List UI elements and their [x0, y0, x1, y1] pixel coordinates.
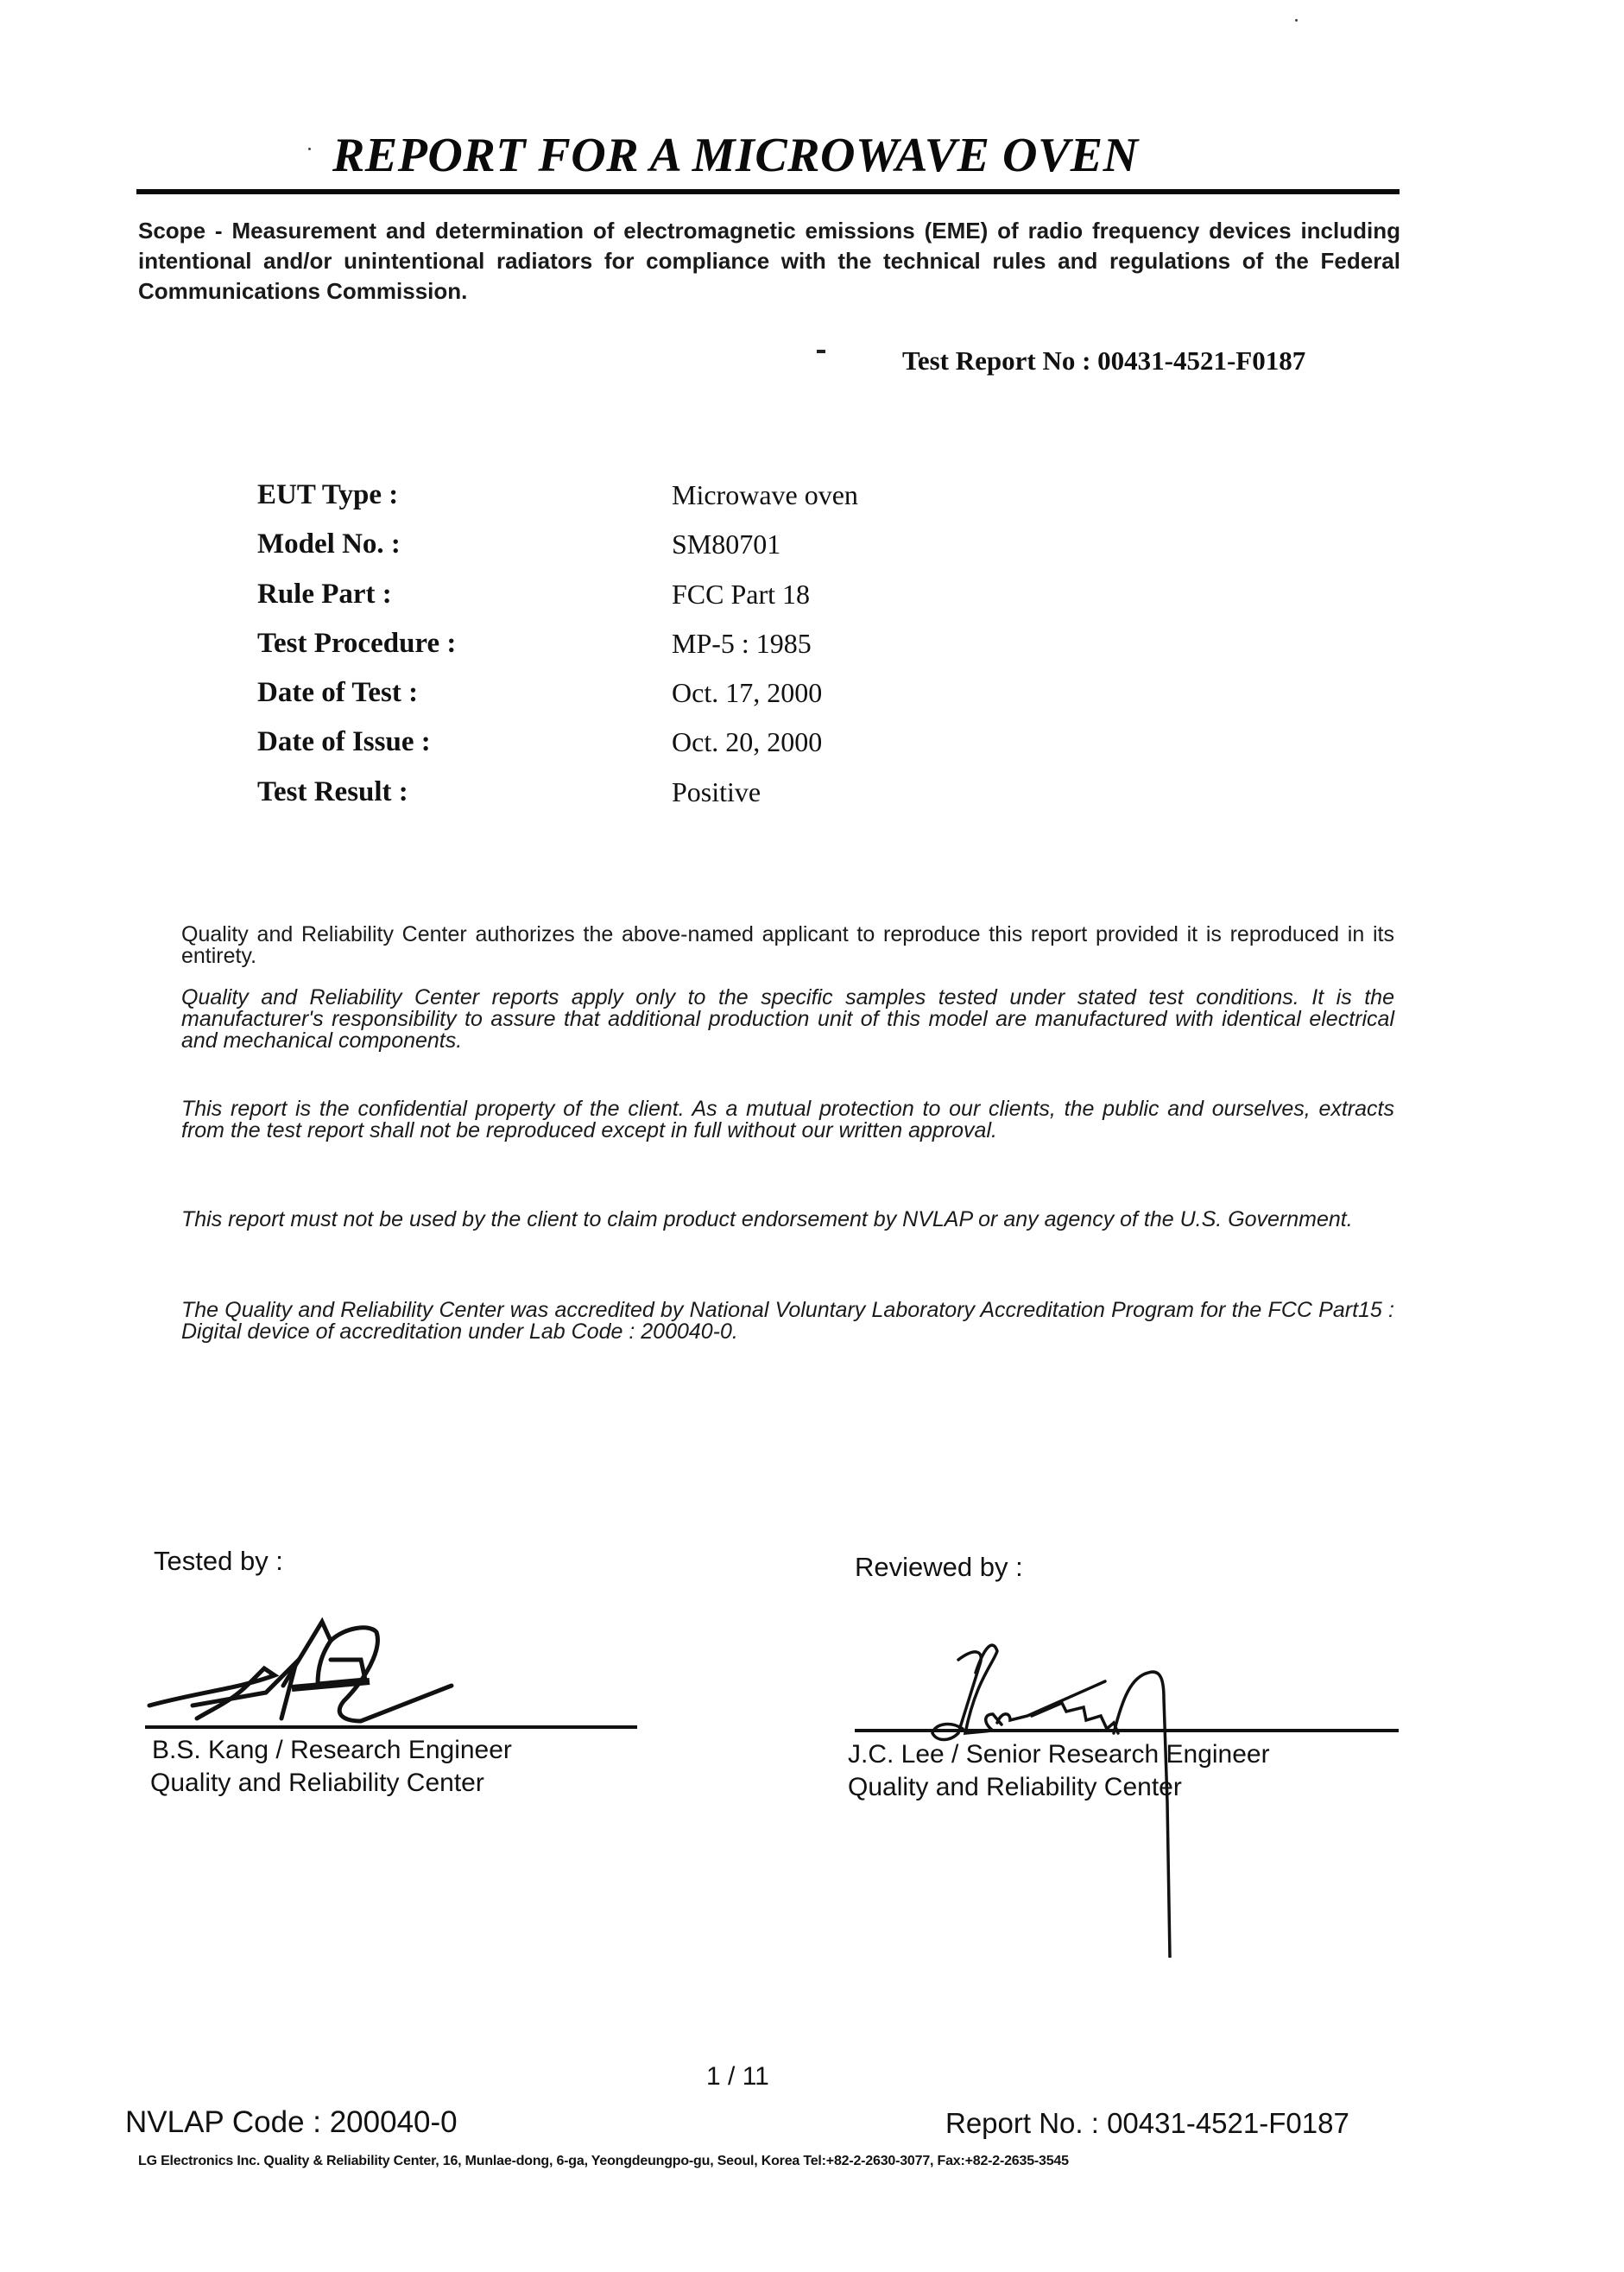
accreditation-paragraph: The Quality and Reliability Center was a…: [181, 1300, 1394, 1343]
info-label: Date of Test :: [257, 677, 418, 709]
info-value: Positive: [672, 776, 761, 808]
reviewer-name-title: J.C. Lee / Senior Research Engineer: [848, 1738, 1270, 1771]
tested-by-signature: [145, 1606, 542, 1727]
info-label: EUT Type :: [257, 479, 398, 511]
scan-speck: [1295, 19, 1298, 22]
authorization-paragraph: Quality and Reliability Center authorize…: [181, 924, 1394, 967]
info-value: Oct. 17, 2000: [672, 677, 822, 709]
tested-by-block: Tested by : B.S. Kang / Research Enginee…: [154, 1546, 646, 1577]
info-label: Date of Issue :: [257, 726, 431, 758]
info-label: Model No. :: [257, 528, 401, 560]
scan-mark: [817, 350, 825, 353]
page-number: 1 / 11: [706, 2062, 769, 2092]
scope-paragraph: Scope - Measurement and determination of…: [138, 216, 1400, 307]
info-value: FCC Part 18: [672, 579, 810, 611]
report-title: REPORT FOR A MICROWAVE OVEN: [332, 128, 1139, 183]
tested-by-label: Tested by :: [154, 1546, 646, 1577]
reviewed-by-label: Reviewed by :: [855, 1552, 1399, 1583]
reviewed-by-block: Reviewed by : J.C. Lee / Senior Research…: [855, 1552, 1399, 1583]
test-report-number: Test Report No : 00431-4521-F0187: [902, 345, 1305, 377]
tester-organization: Quality and Reliability Center: [150, 1767, 484, 1800]
company-address: LG Electronics Inc. Quality & Reliabilit…: [138, 2154, 1390, 2169]
reviewed-by-signature-line: [855, 1729, 1399, 1732]
info-value: MP-5 : 1985: [672, 628, 812, 660]
confidentiality-paragraph: This report is the confidential property…: [181, 1098, 1394, 1142]
info-value: Oct. 20, 2000: [672, 726, 822, 758]
scope-of-results-paragraph: Quality and Reliability Center reports a…: [181, 987, 1394, 1052]
report-page: REPORT FOR A MICROWAVE OVEN Scope - Meas…: [0, 0, 1624, 2272]
reviewer-organization: Quality and Reliability Center: [848, 1771, 1182, 1804]
title-underline: [136, 189, 1400, 194]
info-value: SM80701: [672, 528, 780, 560]
scan-speck: [308, 148, 311, 150]
info-label: Test Procedure :: [257, 628, 456, 660]
info-label: Test Result :: [257, 776, 408, 808]
info-value: Microwave oven: [672, 479, 858, 511]
tested-by-signature-line: [145, 1725, 637, 1729]
info-label: Rule Part :: [257, 579, 392, 611]
nvlap-code: NVLAP Code : 200040-0: [125, 2105, 458, 2140]
endorsement-paragraph: This report must not be used by the clie…: [181, 1209, 1394, 1231]
footer-report-number: Report No. : 00431-4521-F0187: [945, 2107, 1349, 2140]
tester-name-title: B.S. Kang / Research Engineer: [152, 1734, 512, 1767]
